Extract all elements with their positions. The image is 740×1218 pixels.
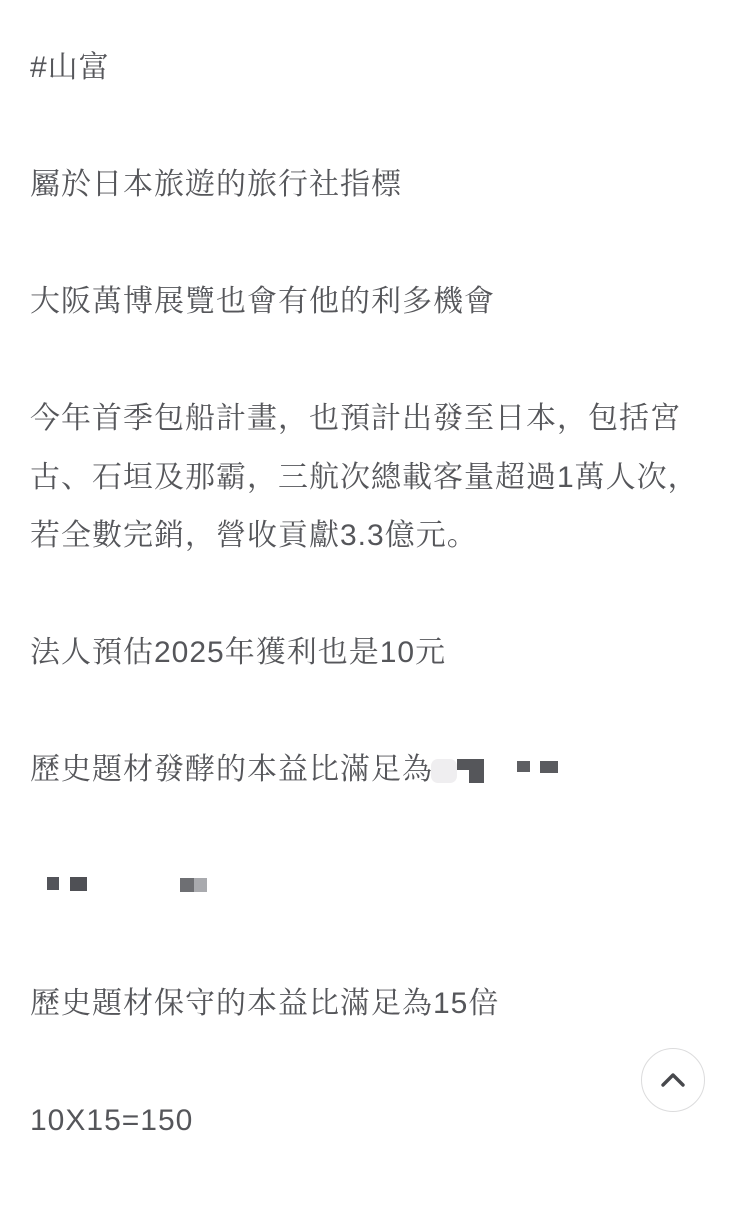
post-line: 法人預估2025年獲利也是10元 bbox=[30, 624, 740, 683]
scroll-to-top-button[interactable] bbox=[641, 1048, 705, 1112]
post-line-with-redaction: 歷史題材發酵的本益比滿足為 bbox=[30, 741, 740, 800]
post-line: 屬於日本旅遊的旅行社指標 bbox=[30, 156, 740, 215]
redacted-text-block bbox=[457, 759, 484, 783]
post-line: 10X15=150 bbox=[30, 1092, 740, 1151]
redacted-text-block bbox=[70, 877, 87, 891]
chevron-up-icon bbox=[660, 1072, 686, 1088]
hashtag-line: #山富 bbox=[30, 39, 740, 98]
post-line: 今年首季包船計畫，也預計出發至日本，包括宮 bbox=[30, 390, 740, 449]
post-line: 若全數完銷，營收貢獻3.3億元。 bbox=[30, 507, 740, 566]
redacted-text-block bbox=[517, 761, 530, 772]
post-line: 古、石垣及那霸，三航次總載客量超過1萬人次， bbox=[30, 449, 740, 508]
post-line: 大阪萬博展覽也會有他的利多機會 bbox=[30, 273, 740, 332]
hashtag-link[interactable]: #山富 bbox=[30, 51, 110, 84]
redacted-text-block bbox=[47, 877, 59, 890]
post-page: #山富 屬於日本旅遊的旅行社指標 大阪萬博展覽也會有他的利多機會 今年首季包船計… bbox=[0, 0, 740, 1218]
redacted-text-block bbox=[180, 878, 194, 892]
redacted-text-block bbox=[431, 759, 457, 783]
redacted-pixel bbox=[457, 759, 484, 770]
post-line: 歷史題材保守的本益比滿足為15倍 bbox=[30, 975, 740, 1034]
redacted-pixel bbox=[469, 770, 484, 783]
redacted-line bbox=[30, 858, 740, 917]
redacted-text-block bbox=[540, 761, 558, 773]
post-line-text: 歷史題材發酵的本益比滿足為 bbox=[30, 753, 433, 786]
redacted-text-block bbox=[194, 878, 207, 892]
post-body: #山富 屬於日本旅遊的旅行社指標 大阪萬博展覽也會有他的利多機會 今年首季包船計… bbox=[30, 0, 740, 1151]
